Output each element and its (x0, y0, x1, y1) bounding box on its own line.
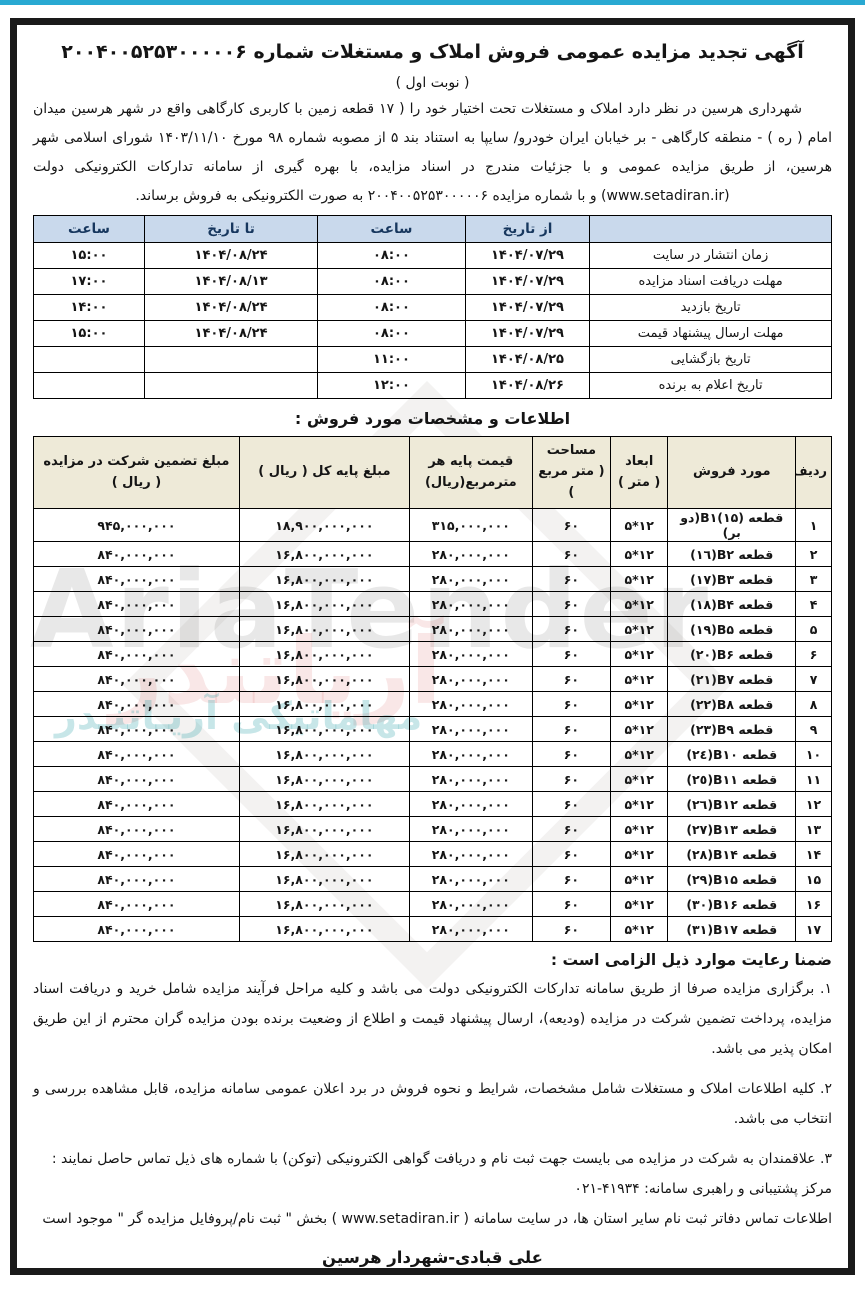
sale-row-dims: ۱۲*۵ (610, 917, 667, 942)
sale-row-dims: ۱۲*۵ (610, 617, 667, 642)
sale-row-area: ۶۰ (532, 667, 610, 692)
sale-row-dims: ۱۲*۵ (610, 817, 667, 842)
sale-row-total: ۱۶,۸۰۰,۰۰۰,۰۰۰ (239, 667, 409, 692)
sale-row-area: ۶۰ (532, 767, 610, 792)
sale-header-area: مساحت( متر مربع ) (532, 437, 610, 509)
sale-row-item: قطعه B۹(٢٣) (668, 717, 796, 742)
sale-row-guarantee: ۸۴۰,۰۰۰,۰۰۰ (34, 717, 240, 742)
header-line: مورد فروش (672, 462, 791, 483)
schedule-to-time: ۱۴:۰۰ (34, 295, 145, 321)
schedule-row: تاریخ اعلام به برنده ۱۴۰۴/۰۸/۲۶ ۱۲:۰۰ (34, 373, 832, 399)
sale-row-area: ۶۰ (532, 917, 610, 942)
sale-row-no: ۱۷ (796, 917, 832, 942)
sale-row: ۱۱ قطعه B۱۱(٢٥) ۱۲*۵ ۶۰ ۲۸۰,۰۰۰,۰۰۰ ۱۶,۸… (34, 767, 832, 792)
sale-row-dims: ۱۲*۵ (610, 792, 667, 817)
sale-row-total: ۱۶,۸۰۰,۰۰۰,۰۰۰ (239, 767, 409, 792)
sale-row-item: قطعه B۱۴(٢٨) (668, 842, 796, 867)
sale-row-area: ۶۰ (532, 692, 610, 717)
sale-row: ۱۶ قطعه B۱۶(٣٠) ۱۲*۵ ۶۰ ۲۸۰,۰۰۰,۰۰۰ ۱۶,۸… (34, 892, 832, 917)
sale-row-item: قطعه B۱۵(٢٩) (668, 867, 796, 892)
sale-row-guarantee: ۸۴۰,۰۰۰,۰۰۰ (34, 892, 240, 917)
sale-row-price: ۲۸۰,۰۰۰,۰۰۰ (409, 642, 532, 667)
sale-row-item: قطعه B۳(١٧) (668, 567, 796, 592)
sale-row-no: ۶ (796, 642, 832, 667)
sale-row-total: ۱۶,۸۰۰,۰۰۰,۰۰۰ (239, 742, 409, 767)
sale-row-dims: ۱۲*۵ (610, 642, 667, 667)
sale-row-guarantee: ۸۴۰,۰۰۰,۰۰۰ (34, 867, 240, 892)
schedule-to-date (144, 373, 317, 399)
sale-row-dims: ۱۲*۵ (610, 742, 667, 767)
schedule-row: تاریخ بازگشایی ۱۴۰۴/۰۸/۲۵ ۱۱:۰۰ (34, 347, 832, 373)
sale-row-guarantee: ۹۴۵,۰۰۰,۰۰۰ (34, 509, 240, 542)
schedule-from-date: ۱۴۰۴/۰۸/۲۶ (465, 373, 589, 399)
header-line: مبلغ تضمین شرکت در مزایده (38, 452, 235, 473)
header-line: ردیف (800, 462, 827, 483)
schedule-from-date: ۱۴۰۴/۰۷/۲۹ (465, 321, 589, 347)
schedule-to-date (144, 347, 317, 373)
page-title: آگهی تجدید مزایده عمومی فروش املاک و مست… (33, 41, 832, 63)
schedule-from-time: ۱۱:۰۰ (318, 347, 466, 373)
schedule-header-to-date: تا تاریخ (144, 216, 317, 243)
sale-row: ۴ قطعه B۴(١٨) ۱۲*۵ ۶۰ ۲۸۰,۰۰۰,۰۰۰ ۱۶,۸۰۰… (34, 592, 832, 617)
sale-section-heading: اطلاعات و مشخصات مورد فروش : (33, 409, 832, 428)
sale-row-area: ۶۰ (532, 542, 610, 567)
signature-line: علی قبادی-شهردار هرسین (33, 1248, 832, 1267)
schedule-row-label: تاریخ اعلام به برنده (590, 373, 832, 399)
schedule-to-time: ۱۵:۰۰ (34, 321, 145, 347)
sale-row-total: ۱۶,۸۰۰,۰۰۰,۰۰۰ (239, 542, 409, 567)
schedule-header-row: از تاریخ ساعت تا تاریخ ساعت (34, 216, 832, 243)
schedule-row-label: مهلت دریافت اسناد مزایده (590, 269, 832, 295)
sale-row-item: قطعه B۵(١٩) (668, 617, 796, 642)
sale-header-total: مبلغ پایه کل ( ریال ) (239, 437, 409, 509)
sale-row-no: ۷ (796, 667, 832, 692)
sale-table: ردیف مورد فروش ابعاد( متر ) مساحت( متر م… (33, 436, 832, 942)
sale-row-item: قطعه B۱۷(٣١) (668, 917, 796, 942)
sale-row-area: ۶۰ (532, 742, 610, 767)
schedule-to-date: ۱۴۰۴/۰۸/۲۴ (144, 321, 317, 347)
sale-row-area: ۶۰ (532, 592, 610, 617)
schedule-header-from-time: ساعت (318, 216, 466, 243)
sale-row-price: ۲۸۰,۰۰۰,۰۰۰ (409, 892, 532, 917)
page-subtitle: ( نوبت اول ) (33, 75, 832, 91)
sale-row-price: ۲۸۰,۰۰۰,۰۰۰ (409, 867, 532, 892)
sale-row-area: ۶۰ (532, 717, 610, 742)
sale-row-no: ۹ (796, 717, 832, 742)
sale-row: ۱۳ قطعه B۱۳(٢٧) ۱۲*۵ ۶۰ ۲۸۰,۰۰۰,۰۰۰ ۱۶,۸… (34, 817, 832, 842)
header-line: مبلغ پایه کل ( ریال ) (244, 462, 405, 483)
sale-row-price: ۲۸۰,۰۰۰,۰۰۰ (409, 917, 532, 942)
notes-heading: ضمنا رعایت موارد ذیل الزامی است : (33, 951, 832, 969)
sale-row: ۲ قطعه B۲(١٦) ۱۲*۵ ۶۰ ۲۸۰,۰۰۰,۰۰۰ ۱۶,۸۰۰… (34, 542, 832, 567)
sale-row-guarantee: ۸۴۰,۰۰۰,۰۰۰ (34, 767, 240, 792)
sale-header-price: قیمت پایه هرمترمربع(ریال) (409, 437, 532, 509)
sale-row: ۷ قطعه B۷(٢١) ۱۲*۵ ۶۰ ۲۸۰,۰۰۰,۰۰۰ ۱۶,۸۰۰… (34, 667, 832, 692)
schedule-row: مهلت دریافت اسناد مزایده ۱۴۰۴/۰۷/۲۹ ۰۸:۰… (34, 269, 832, 295)
schedule-row: زمان انتشار در سایت ۱۴۰۴/۰۷/۲۹ ۰۸:۰۰ ۱۴۰… (34, 243, 832, 269)
sale-row-area: ۶۰ (532, 642, 610, 667)
sale-row-total: ۱۶,۸۰۰,۰۰۰,۰۰۰ (239, 842, 409, 867)
registration-contact-line: اطلاعات تماس دفاتر ثبت نام سایر استان ها… (33, 1204, 832, 1234)
sale-row-dims: ۱۲*۵ (610, 692, 667, 717)
schedule-header-empty (590, 216, 832, 243)
sale-row: ۳ قطعه B۳(١٧) ۱۲*۵ ۶۰ ۲۸۰,۰۰۰,۰۰۰ ۱۶,۸۰۰… (34, 567, 832, 592)
schedule-to-date: ۱۴۰۴/۰۸/۲۴ (144, 295, 317, 321)
header-line: ( متر مربع ) (537, 462, 606, 504)
sale-row-dims: ۱۲*۵ (610, 767, 667, 792)
sale-row-item: قطعه B۶(٢٠) (668, 642, 796, 667)
sale-row-no: ۱۳ (796, 817, 832, 842)
sale-row-total: ۱۸,۹۰۰,۰۰۰,۰۰۰ (239, 509, 409, 542)
sale-row-dims: ۱۲*۵ (610, 842, 667, 867)
sale-header-row: ردیف مورد فروش ابعاد( متر ) مساحت( متر م… (34, 437, 832, 509)
schedule-to-time: ۱۵:۰۰ (34, 243, 145, 269)
header-line: مترمربع(ریال) (414, 473, 528, 494)
sale-row: ۱ قطعه B۱(۱۵)(دو بر) ۱۲*۵ ۶۰ ۳۱۵,۰۰۰,۰۰۰… (34, 509, 832, 542)
sale-row-dims: ۱۲*۵ (610, 867, 667, 892)
sale-row: ۱۴ قطعه B۱۴(٢٨) ۱۲*۵ ۶۰ ۲۸۰,۰۰۰,۰۰۰ ۱۶,۸… (34, 842, 832, 867)
sale-row-no: ۱ (796, 509, 832, 542)
sale-row-item: قطعه B۱۰(٢٤) (668, 742, 796, 767)
sale-row-item: قطعه B۱۶(٣٠) (668, 892, 796, 917)
sale-row-no: ۴ (796, 592, 832, 617)
schedule-row-label: تاریخ بازدید (590, 295, 832, 321)
sale-row: ۹ قطعه B۹(٢٣) ۱۲*۵ ۶۰ ۲۸۰,۰۰۰,۰۰۰ ۱۶,۸۰۰… (34, 717, 832, 742)
sale-row-guarantee: ۸۴۰,۰۰۰,۰۰۰ (34, 642, 240, 667)
sale-row-price: ۲۸۰,۰۰۰,۰۰۰ (409, 617, 532, 642)
sale-row-guarantee: ۸۴۰,۰۰۰,۰۰۰ (34, 817, 240, 842)
sale-row-guarantee: ۸۴۰,۰۰۰,۰۰۰ (34, 742, 240, 767)
sale-row-price: ۲۸۰,۰۰۰,۰۰۰ (409, 717, 532, 742)
sale-row-price: ۲۸۰,۰۰۰,۰۰۰ (409, 567, 532, 592)
sale-row-price: ۲۸۰,۰۰۰,۰۰۰ (409, 542, 532, 567)
sale-header-guarantee: مبلغ تضمین شرکت در مزایده( ریال ) (34, 437, 240, 509)
sale-row-price: ۳۱۵,۰۰۰,۰۰۰ (409, 509, 532, 542)
header-line: قیمت پایه هر (414, 452, 528, 473)
sale-row-price: ۲۸۰,۰۰۰,۰۰۰ (409, 817, 532, 842)
sale-row-area: ۶۰ (532, 867, 610, 892)
sale-row-area: ۶۰ (532, 567, 610, 592)
top-accent-bar (0, 0, 865, 5)
schedule-from-time: ۰۸:۰۰ (318, 243, 466, 269)
intro-paragraph: شهرداری هرسین در نظر دارد املاک و مستغلا… (33, 95, 832, 211)
sale-row: ۱۷ قطعه B۱۷(٣١) ۱۲*۵ ۶۰ ۲۸۰,۰۰۰,۰۰۰ ۱۶,۸… (34, 917, 832, 942)
sale-row: ۱۰ قطعه B۱۰(٢٤) ۱۲*۵ ۶۰ ۲۸۰,۰۰۰,۰۰۰ ۱۶,۸… (34, 742, 832, 767)
sale-row-area: ۶۰ (532, 617, 610, 642)
header-line: مساحت (537, 441, 606, 462)
sale-row-dims: ۱۲*۵ (610, 667, 667, 692)
note-item-2: ۲. کلیه اطلاعات املاک و مستغلات شامل مشخ… (33, 1074, 832, 1134)
sale-row-total: ۱۶,۸۰۰,۰۰۰,۰۰۰ (239, 717, 409, 742)
sale-row-area: ۶۰ (532, 792, 610, 817)
sale-row-total: ۱۶,۸۰۰,۰۰۰,۰۰۰ (239, 817, 409, 842)
schedule-row-label: تاریخ بازگشایی (590, 347, 832, 373)
sale-row-price: ۲۸۰,۰۰۰,۰۰۰ (409, 667, 532, 692)
sale-row-guarantee: ۸۴۰,۰۰۰,۰۰۰ (34, 692, 240, 717)
sale-row-item: قطعه B۱۲(٢٦) (668, 792, 796, 817)
sale-row-price: ۲۸۰,۰۰۰,۰۰۰ (409, 692, 532, 717)
sale-row-total: ۱۶,۸۰۰,۰۰۰,۰۰۰ (239, 792, 409, 817)
sale-row-total: ۱۶,۸۰۰,۰۰۰,۰۰۰ (239, 617, 409, 642)
schedule-to-date: ۱۴۰۴/۰۸/۲۴ (144, 243, 317, 269)
sale-row-no: ۱۱ (796, 767, 832, 792)
schedule-to-date: ۱۴۰۴/۰۸/۱۳ (144, 269, 317, 295)
sale-row-guarantee: ۸۴۰,۰۰۰,۰۰۰ (34, 842, 240, 867)
schedule-from-time: ۱۲:۰۰ (318, 373, 466, 399)
sale-row-dims: ۱۲*۵ (610, 717, 667, 742)
schedule-to-time (34, 347, 145, 373)
header-line: ابعاد (615, 452, 663, 473)
sale-row-area: ۶۰ (532, 509, 610, 542)
schedule-row: تاریخ بازدید ۱۴۰۴/۰۷/۲۹ ۰۸:۰۰ ۱۴۰۴/۰۸/۲۴… (34, 295, 832, 321)
note-item-3: ۳. علاقمندان به شرکت در مزایده می بایست … (33, 1144, 832, 1174)
sale-row-price: ۲۸۰,۰۰۰,۰۰۰ (409, 742, 532, 767)
schedule-header-from-date: از تاریخ (465, 216, 589, 243)
header-line: ( ریال ) (38, 473, 235, 494)
sale-row-guarantee: ۸۴۰,۰۰۰,۰۰۰ (34, 592, 240, 617)
schedule-to-time: ۱۷:۰۰ (34, 269, 145, 295)
sale-row-total: ۱۶,۸۰۰,۰۰۰,۰۰۰ (239, 917, 409, 942)
sale-row-total: ۱۶,۸۰۰,۰۰۰,۰۰۰ (239, 892, 409, 917)
sale-row-item: قطعه B۷(٢١) (668, 667, 796, 692)
schedule-from-date: ۱۴۰۴/۰۷/۲۹ (465, 269, 589, 295)
schedule-row: مهلت ارسال پیشنهاد قیمت ۱۴۰۴/۰۷/۲۹ ۰۸:۰۰… (34, 321, 832, 347)
header-line: ( متر ) (615, 473, 663, 494)
sale-row: ۵ قطعه B۵(١٩) ۱۲*۵ ۶۰ ۲۸۰,۰۰۰,۰۰۰ ۱۶,۸۰۰… (34, 617, 832, 642)
sale-row-price: ۲۸۰,۰۰۰,۰۰۰ (409, 767, 532, 792)
schedule-from-time: ۰۸:۰۰ (318, 269, 466, 295)
sale-row-guarantee: ۸۴۰,۰۰۰,۰۰۰ (34, 917, 240, 942)
sale-row-item: قطعه B۱۳(٢٧) (668, 817, 796, 842)
sale-row-dims: ۱۲*۵ (610, 892, 667, 917)
sale-row-item: قطعه B۴(١٨) (668, 592, 796, 617)
sale-row-area: ۶۰ (532, 892, 610, 917)
schedule-row-label: مهلت ارسال پیشنهاد قیمت (590, 321, 832, 347)
sale-header-dims: ابعاد( متر ) (610, 437, 667, 509)
sale-row: ۶ قطعه B۶(٢٠) ۱۲*۵ ۶۰ ۲۸۰,۰۰۰,۰۰۰ ۱۶,۸۰۰… (34, 642, 832, 667)
sale-row-area: ۶۰ (532, 817, 610, 842)
sale-row-item: قطعه B۱(۱۵)(دو بر) (668, 509, 796, 542)
sale-row-guarantee: ۸۴۰,۰۰۰,۰۰۰ (34, 567, 240, 592)
sale-row-guarantee: ۸۴۰,۰۰۰,۰۰۰ (34, 792, 240, 817)
sale-row-total: ۱۶,۸۰۰,۰۰۰,۰۰۰ (239, 867, 409, 892)
sale-row-item: قطعه B۸(٢٢) (668, 692, 796, 717)
sale-header-row-no: ردیف (796, 437, 832, 509)
support-phone-line: مرکز پشتیبانی و راهبری سامانه: ۴۱۹۳۴-۰۲۱ (33, 1174, 832, 1204)
sale-row-area: ۶۰ (532, 842, 610, 867)
note-item-1: ۱. برگزاری مزایده صرفا از طریق سامانه تد… (33, 974, 832, 1064)
sale-row-total: ۱۶,۸۰۰,۰۰۰,۰۰۰ (239, 592, 409, 617)
schedule-from-time: ۰۸:۰۰ (318, 321, 466, 347)
sale-row-dims: ۱۲*۵ (610, 592, 667, 617)
sale-row: ۸ قطعه B۸(٢٢) ۱۲*۵ ۶۰ ۲۸۰,۰۰۰,۰۰۰ ۱۶,۸۰۰… (34, 692, 832, 717)
schedule-from-time: ۰۸:۰۰ (318, 295, 466, 321)
schedule-to-time (34, 373, 145, 399)
sale-row-item: قطعه B۲(١٦) (668, 542, 796, 567)
sale-row-no: ۲ (796, 542, 832, 567)
schedule-from-date: ۱۴۰۴/۰۷/۲۹ (465, 295, 589, 321)
schedule-row-label: زمان انتشار در سایت (590, 243, 832, 269)
sale-row-total: ۱۶,۸۰۰,۰۰۰,۰۰۰ (239, 692, 409, 717)
schedule-header-to-time: ساعت (34, 216, 145, 243)
sale-row-dims: ۱۲*۵ (610, 567, 667, 592)
sale-row-price: ۲۸۰,۰۰۰,۰۰۰ (409, 842, 532, 867)
sale-row: ۱۵ قطعه B۱۵(٢٩) ۱۲*۵ ۶۰ ۲۸۰,۰۰۰,۰۰۰ ۱۶,۸… (34, 867, 832, 892)
sale-row-guarantee: ۸۴۰,۰۰۰,۰۰۰ (34, 667, 240, 692)
sale-header-item: مورد فروش (668, 437, 796, 509)
sale-row: ۱۲ قطعه B۱۲(٢٦) ۱۲*۵ ۶۰ ۲۸۰,۰۰۰,۰۰۰ ۱۶,۸… (34, 792, 832, 817)
sale-row-no: ۱۰ (796, 742, 832, 767)
sale-row-total: ۱۶,۸۰۰,۰۰۰,۰۰۰ (239, 642, 409, 667)
sale-row-no: ۱۴ (796, 842, 832, 867)
sale-row-no: ۸ (796, 692, 832, 717)
sale-row-no: ۱۲ (796, 792, 832, 817)
page-frame: آگهی تجدید مزایده عمومی فروش املاک و مست… (10, 18, 855, 1275)
schedule-from-date: ۱۴۰۴/۰۷/۲۹ (465, 243, 589, 269)
sale-row-dims: ۱۲*۵ (610, 509, 667, 542)
sale-row-no: ۱۶ (796, 892, 832, 917)
sale-row-no: ۵ (796, 617, 832, 642)
sale-row-total: ۱۶,۸۰۰,۰۰۰,۰۰۰ (239, 567, 409, 592)
sale-row-price: ۲۸۰,۰۰۰,۰۰۰ (409, 792, 532, 817)
sale-row-guarantee: ۸۴۰,۰۰۰,۰۰۰ (34, 617, 240, 642)
schedule-from-date: ۱۴۰۴/۰۸/۲۵ (465, 347, 589, 373)
sale-row-dims: ۱۲*۵ (610, 542, 667, 567)
schedule-table: از تاریخ ساعت تا تاریخ ساعت زمان انتشار … (33, 215, 832, 399)
sale-row-no: ۱۵ (796, 867, 832, 892)
sale-row-price: ۲۸۰,۰۰۰,۰۰۰ (409, 592, 532, 617)
sale-row-no: ۳ (796, 567, 832, 592)
sale-row-guarantee: ۸۴۰,۰۰۰,۰۰۰ (34, 542, 240, 567)
sale-row-item: قطعه B۱۱(٢٥) (668, 767, 796, 792)
